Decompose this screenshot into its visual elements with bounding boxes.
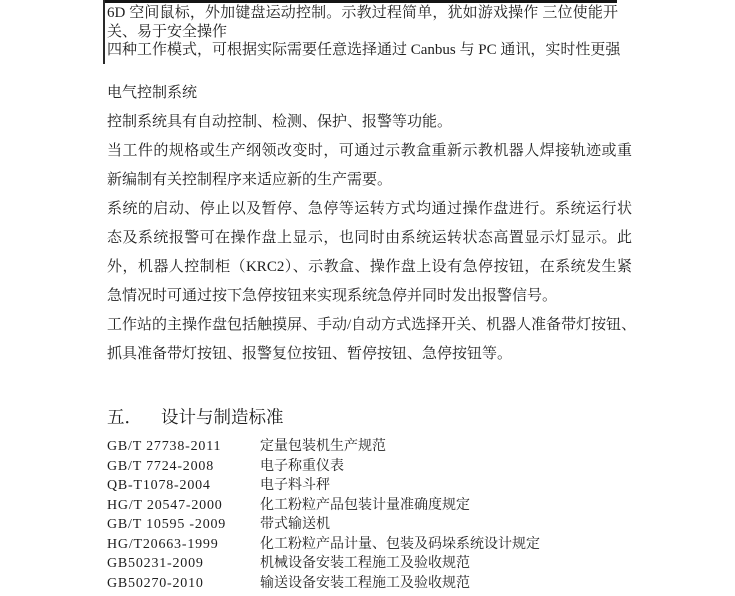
standard-row: HG/T 20547-2000 化工粉粒产品包装计量准确度规定 <box>107 496 627 516</box>
standard-title: 化工粉粒产品计量、包装及码垛系统设计规定 <box>260 535 627 555</box>
standard-code: GB50270-2010 <box>107 574 260 594</box>
paragraph-line: 新编制有关控制程序来适应新的生产需要。 <box>107 166 632 195</box>
paragraph-line: 态及系统报警可在操作盘上显示，也同时由系统运转状态高置显示灯显示。此 <box>107 224 632 253</box>
standard-title: 化工粉粒产品包装计量准确度规定 <box>260 496 627 516</box>
standard-code: GB/T 27738-2011 <box>107 437 260 457</box>
paragraph-line: 抓具准备带灯按钮、报警复位按钮、暂停按钮、急停按钮等。 <box>107 340 632 369</box>
paragraph-line: 工作站的主操作盘包括触摸屏、手动/自动方式选择开关、机器人准备带灯按钮、 <box>107 311 632 340</box>
section-heading: 电气控制系统 <box>107 79 632 108</box>
document-page: 6D 空间鼠标，外加键盘运动控制。示教过程简单，犹如游戏操作 三位使能开 关、易… <box>0 0 735 596</box>
standard-row: GB/T 7724-2008 电子称重仪表 <box>107 457 627 477</box>
standard-title: 带式输送机 <box>260 515 627 535</box>
standard-title: 电子称重仪表 <box>260 457 627 477</box>
standards-heading-number: 五． <box>107 405 142 429</box>
standard-title: 定量包装机生产规范 <box>260 437 627 457</box>
electrical-control-section: 电气控制系统 控制系统具有自动控制、检测、保护、报警等功能。 当工件的规格或生产… <box>107 79 632 369</box>
standard-code: HG/T 20547-2000 <box>107 496 260 516</box>
table-border-top <box>103 0 617 3</box>
paragraph-line: 当工件的规格或生产纲领改变时，可通过示教盒重新示教机器人焊接轨迹或重 <box>107 137 632 166</box>
standard-code: GB/T 7724-2008 <box>107 457 260 477</box>
standard-title: 机械设备安装工程施工及验收规范 <box>260 554 627 574</box>
standard-code: QB-T1078-2004 <box>107 476 260 496</box>
standards-heading-title: 设计与制造标准 <box>161 405 284 429</box>
standards-heading: 五． 设计与制造标准 <box>107 405 284 429</box>
paragraph-line: 急情况时可通过按下急停按钮来实现系统急停并同时发出报警信号。 <box>107 282 632 311</box>
table-cell-text: 6D 空间鼠标，外加键盘运动控制。示教过程简单，犹如游戏操作 三位使能开 关、易… <box>107 4 618 60</box>
standard-row: GB50270-2010 输送设备安装工程施工及验收规范 <box>107 574 627 594</box>
paragraph-line: 控制系统具有自动控制、检测、保护、报警等功能。 <box>107 108 632 137</box>
table-border-left <box>103 0 105 64</box>
standard-code: GB50231-2009 <box>107 554 260 574</box>
standard-row: HG/T20663-1999 化工粉粒产品计量、包装及码垛系统设计规定 <box>107 535 627 555</box>
standard-row: GB50231-2009 机械设备安装工程施工及验收规范 <box>107 554 627 574</box>
standards-list: GB/T 27738-2011 定量包装机生产规范 GB/T 7724-2008… <box>107 437 627 593</box>
standard-title: 电子料斗秤 <box>260 476 627 496</box>
standard-title: 输送设备安装工程施工及验收规范 <box>260 574 627 594</box>
standard-code: GB/T 10595 -2009 <box>107 515 260 535</box>
paragraph-line: 系统的启动、停止以及暂停、急停等运转方式均通过操作盘进行。系统运行状 <box>107 195 632 224</box>
standard-row: GB/T 10595 -2009 带式输送机 <box>107 515 627 535</box>
standard-row: QB-T1078-2004 电子料斗秤 <box>107 476 627 496</box>
table-cell-line: 关、易于安全操作 <box>107 23 618 42</box>
standard-code: HG/T20663-1999 <box>107 535 260 555</box>
standard-row: GB/T 27738-2011 定量包装机生产规范 <box>107 437 627 457</box>
table-cell-line: 6D 空间鼠标，外加键盘运动控制。示教过程简单，犹如游戏操作 三位使能开 <box>107 4 618 23</box>
paragraph-line: 外，机器人控制柜（KRC2）、示教盒、操作盘上设有急停按钮，在系统发生紧 <box>107 253 632 282</box>
table-cell-line: 四种工作模式，可根据实际需要任意选择通过 Canbus 与 PC 通讯，实时性更… <box>107 41 618 60</box>
